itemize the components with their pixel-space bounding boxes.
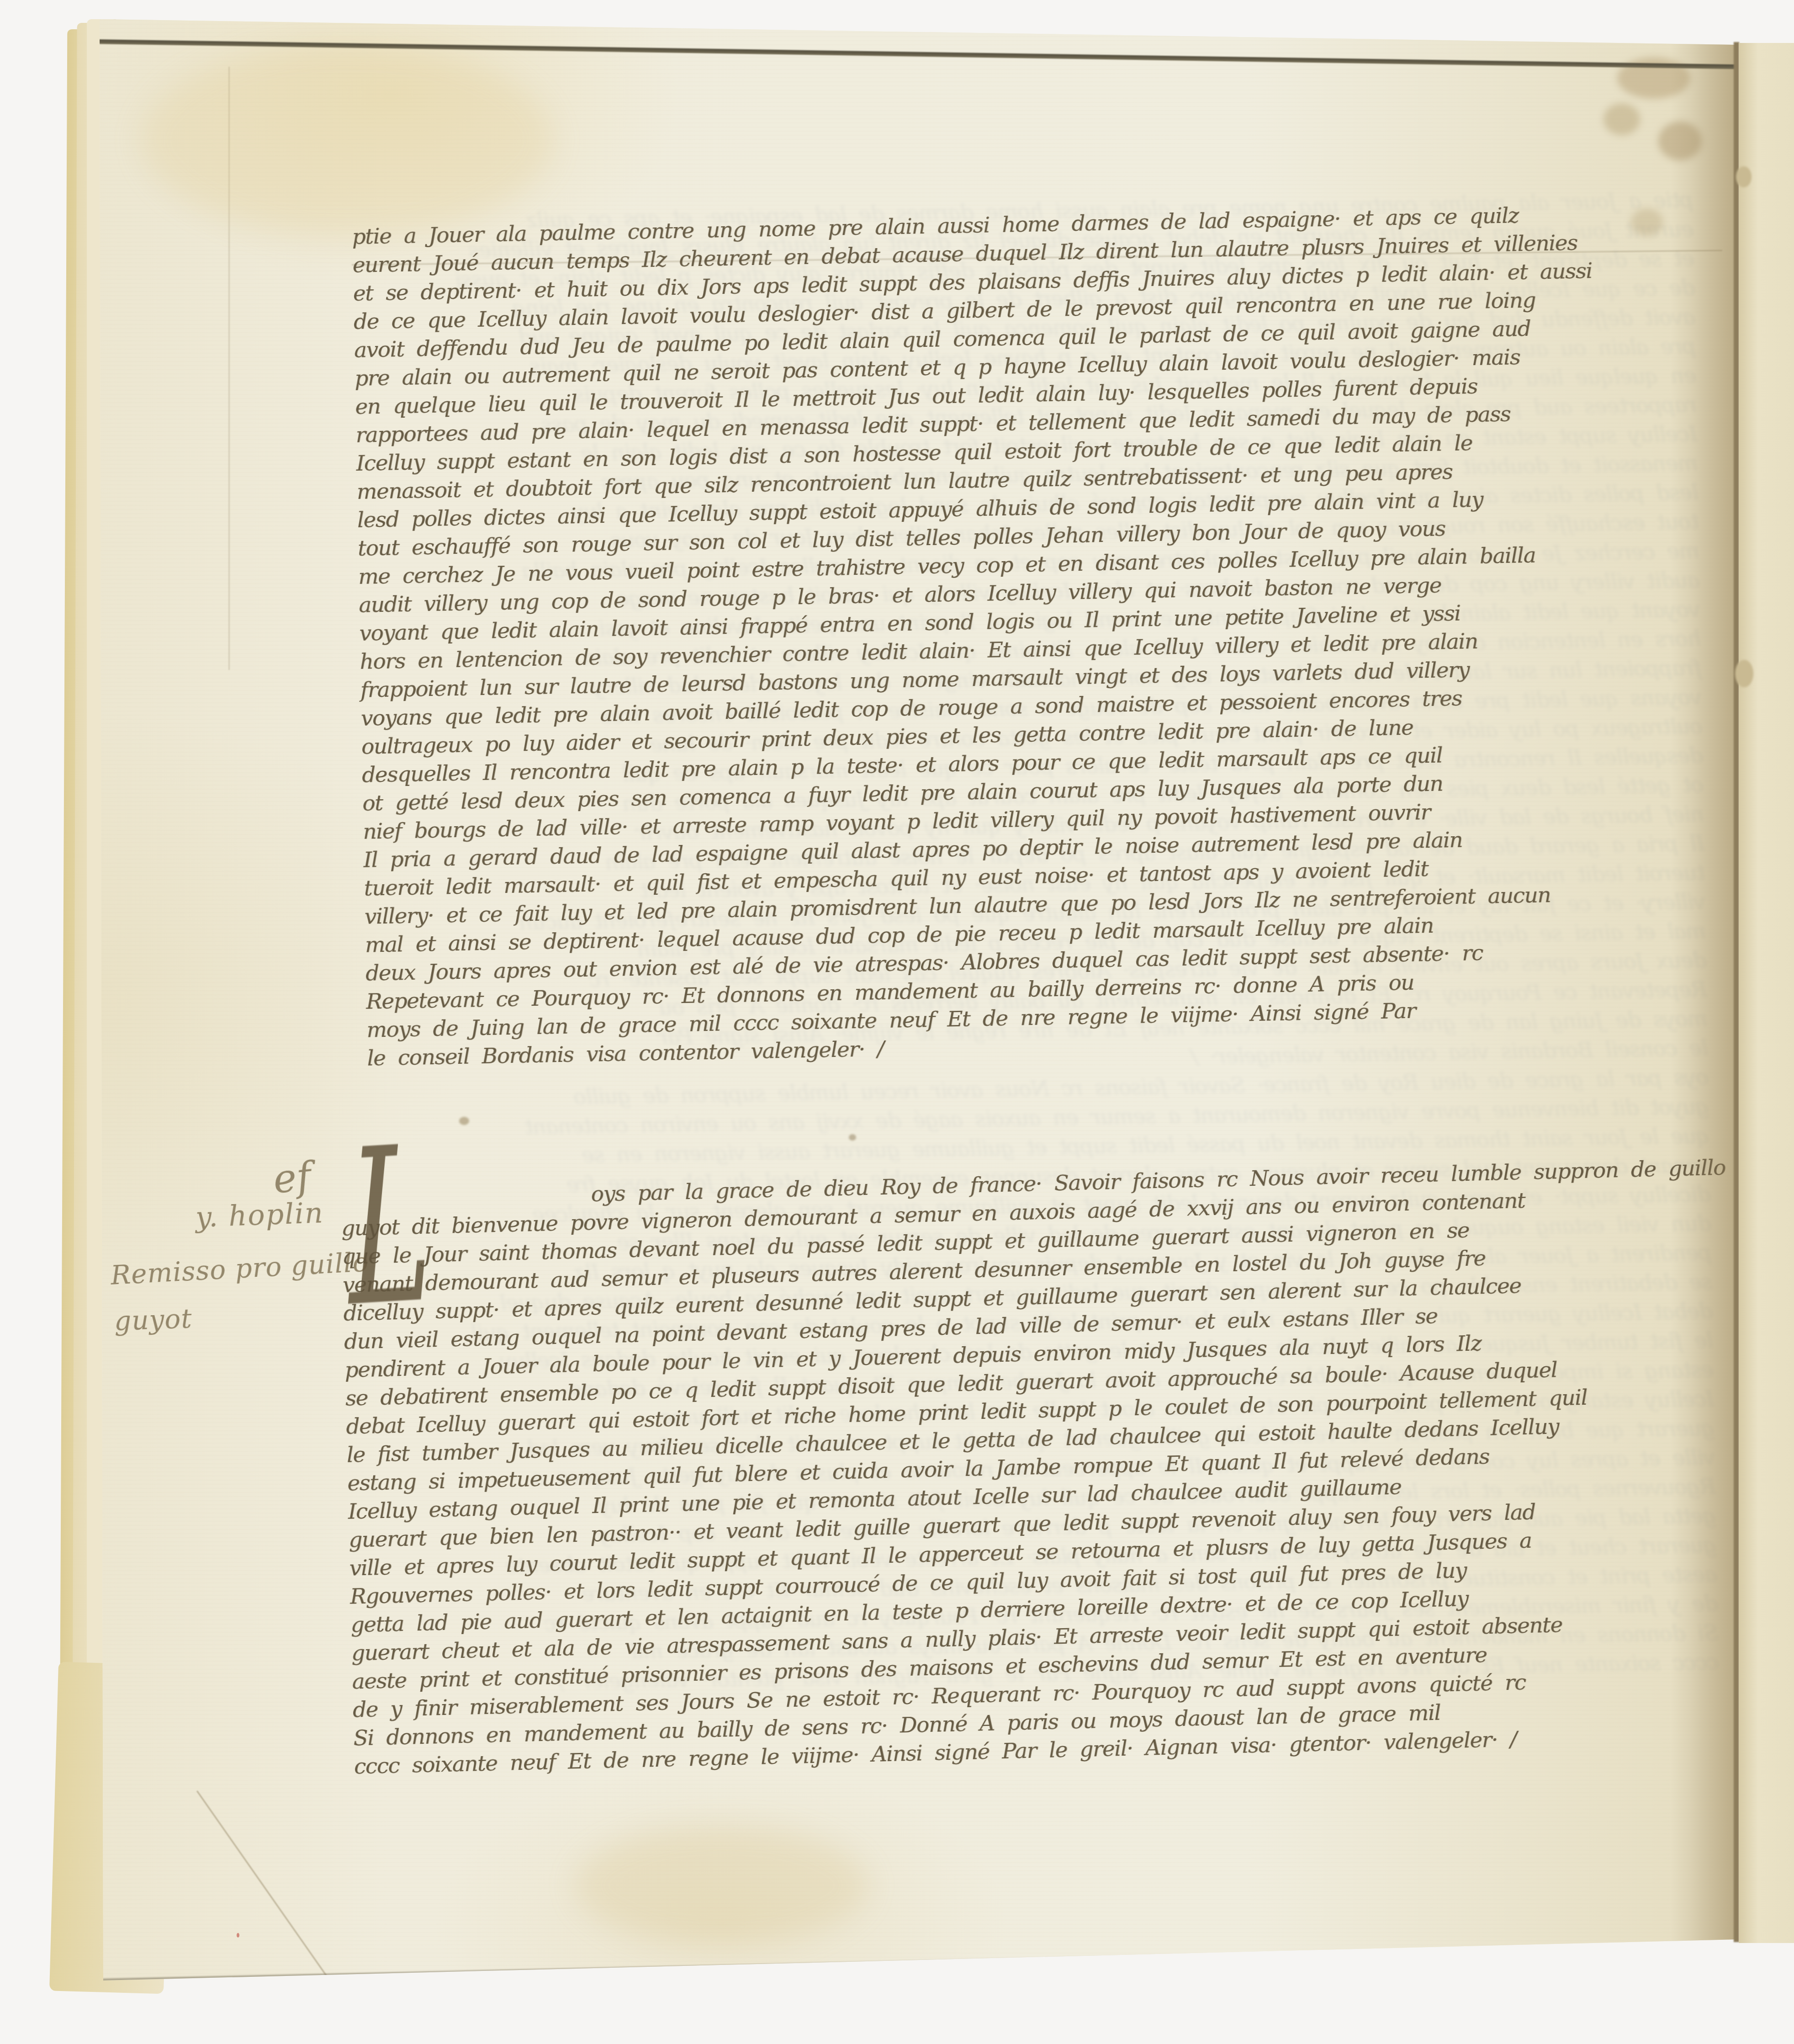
- gutter-shadow: [1671, 16, 1739, 1982]
- stain: [142, 44, 553, 236]
- manuscript-page: ptie a Jouer ala paulme contre ung nome …: [96, 16, 1739, 1982]
- margin-paraph: ef: [271, 1153, 313, 1203]
- ink-spot: [849, 1134, 856, 1141]
- binding-notch: [1736, 166, 1752, 187]
- letter-entry-1-text: ptie a Jouer ala paulme contre ung nome …: [352, 197, 1752, 1072]
- red-speck: [237, 1933, 239, 1938]
- margin-rubric-name: guyot: [114, 1303, 193, 1337]
- letter-entry-2-text: oys par la grace de dieu Roy de france· …: [340, 1153, 1750, 1781]
- ink-spot: [459, 1117, 469, 1125]
- next-page-sliver: [1739, 43, 1794, 1943]
- stain: [576, 1826, 868, 1945]
- margin-clerk-note: y. hoplin: [195, 1196, 324, 1234]
- stain: [1603, 103, 1640, 135]
- binding-notch: [1735, 660, 1753, 687]
- manuscript-scan: { "palette": { "scan_background": "#f6f5…: [0, 0, 1794, 2044]
